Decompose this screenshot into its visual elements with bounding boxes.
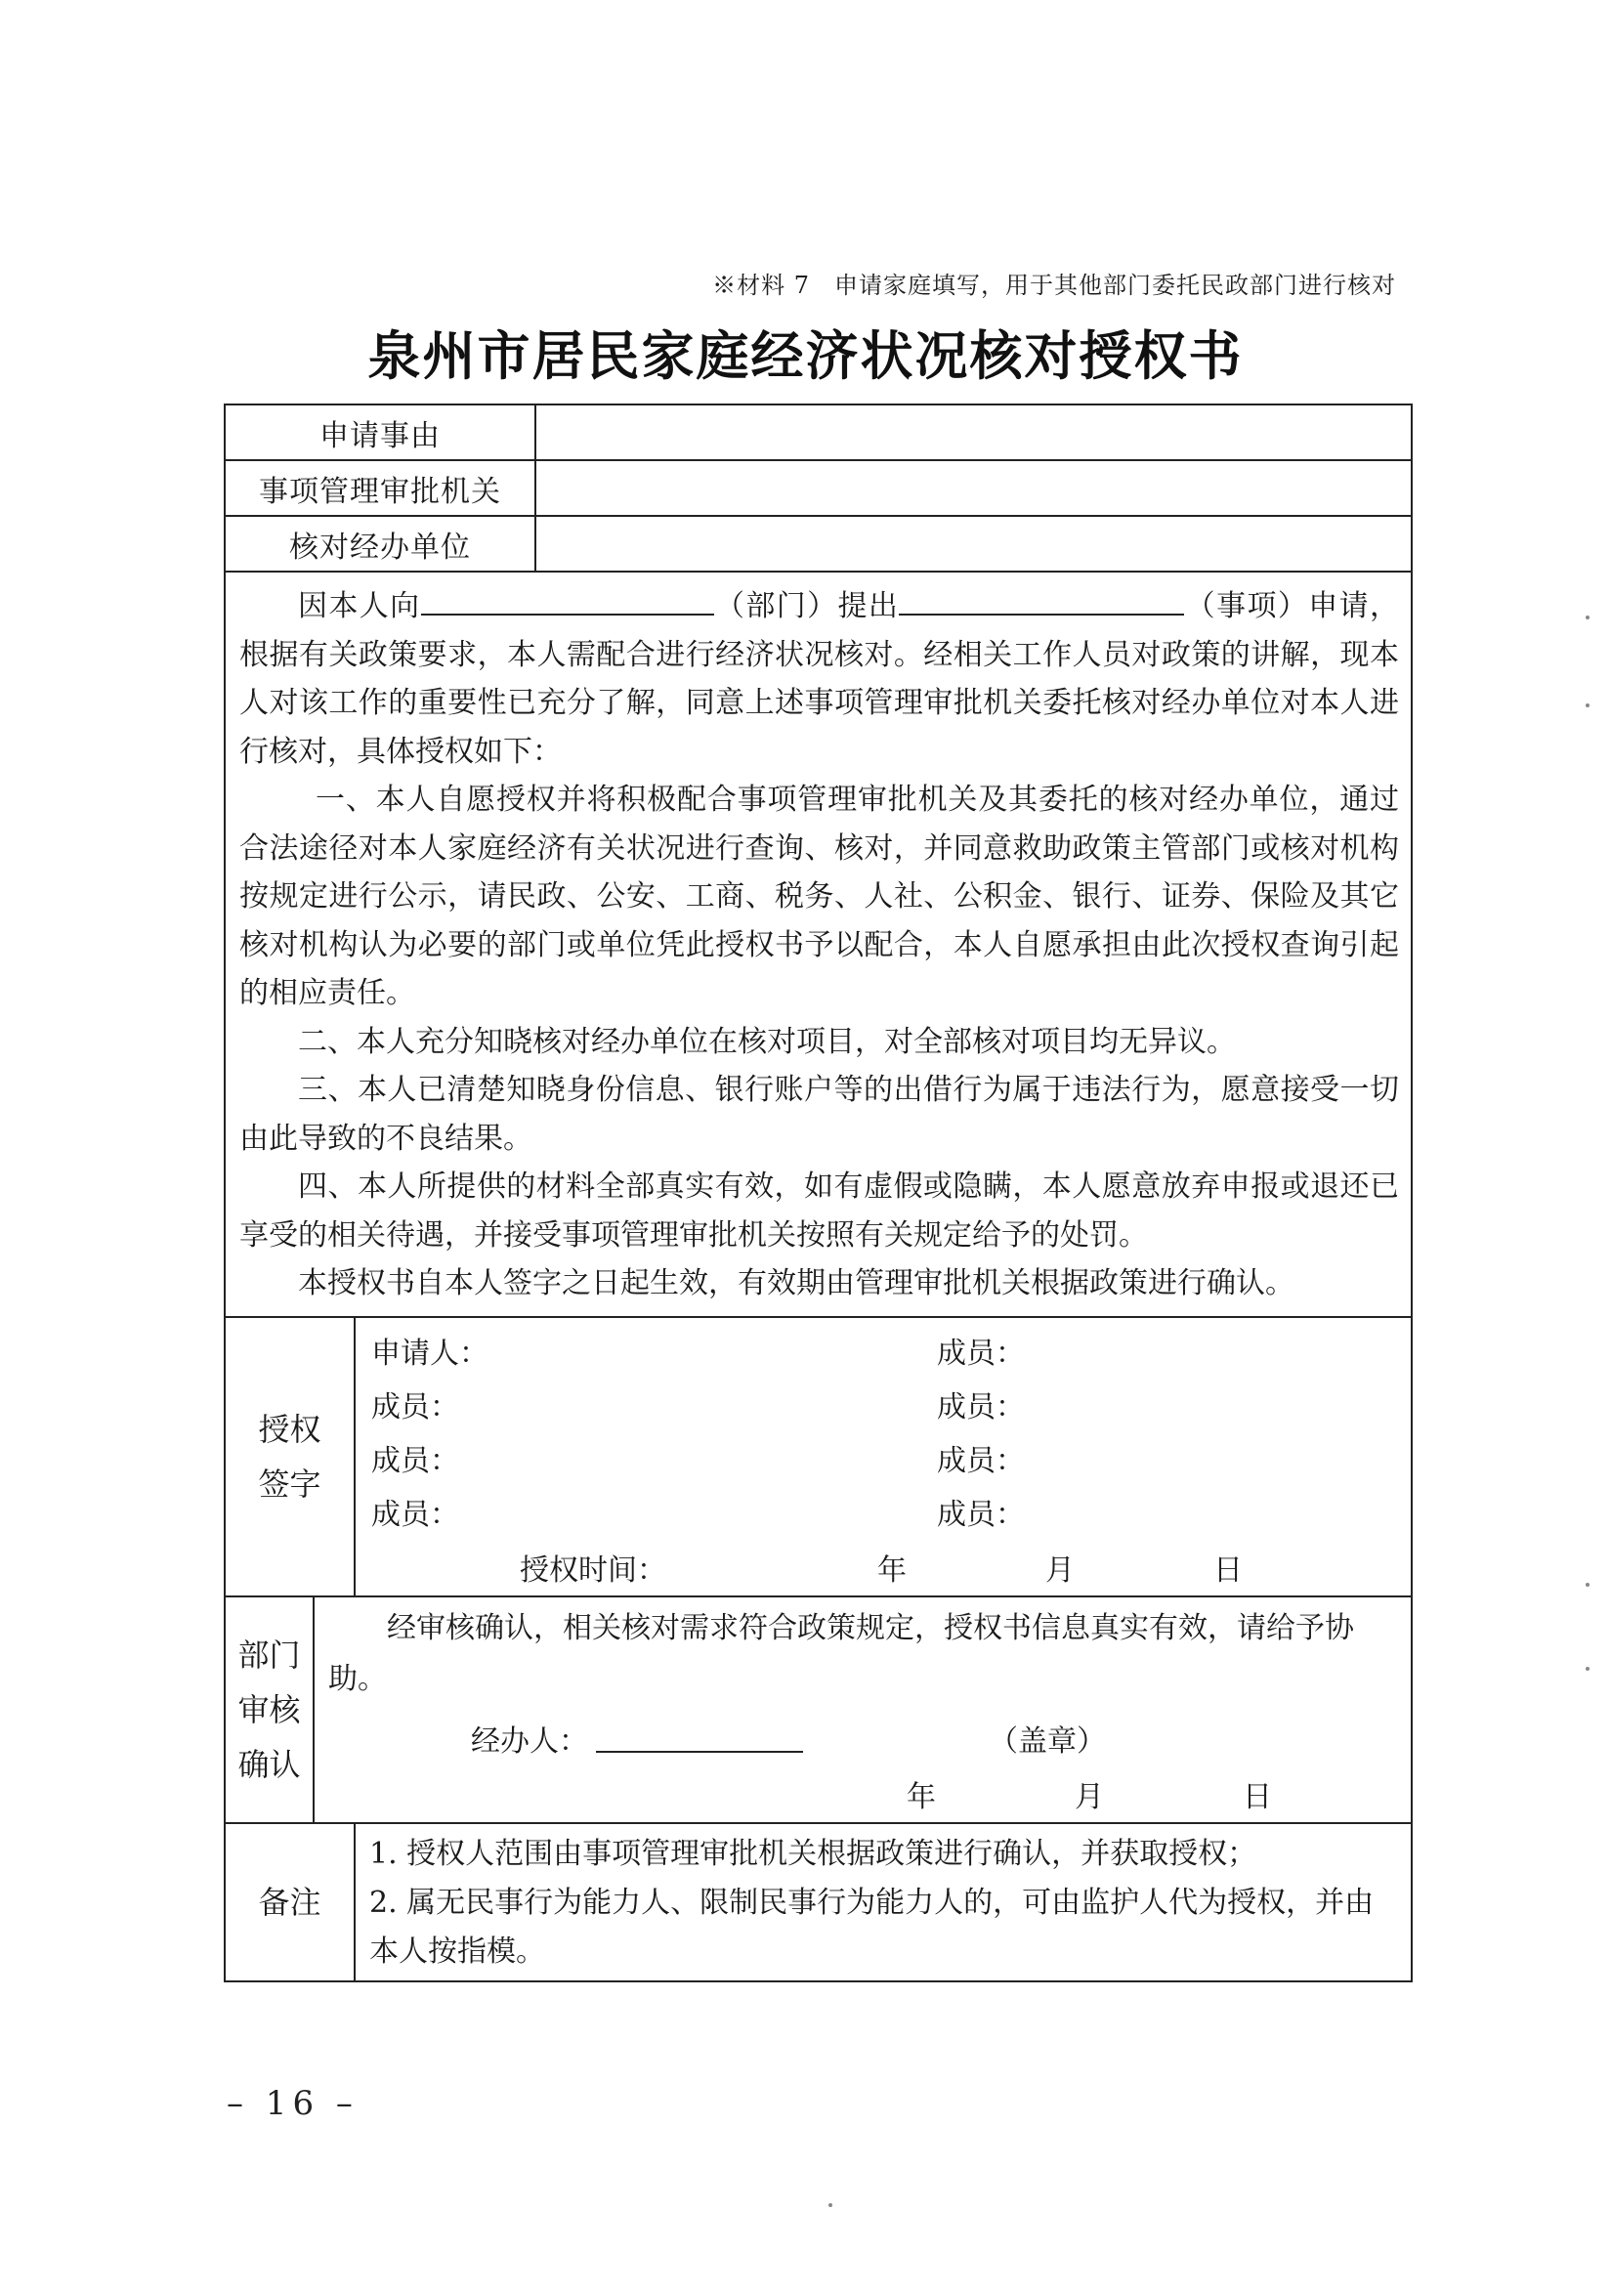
field-label: 核对经办单位	[226, 517, 536, 571]
signature-fields: 申请人： 成员： 成员： 成员： 成员： 成员： 成员： 成员： 授权时间： 年…	[356, 1318, 1411, 1595]
year-field[interactable]: 年	[907, 1772, 1075, 1815]
authorization-date: 授权时间： 年 月 日	[356, 1539, 1411, 1595]
handler-row: 经办人： （盖章）	[315, 1711, 1411, 1765]
validity-clause: 本授权书自本人签字之日起生效，有效期由管理审批机关根据政策进行确认。	[239, 1259, 1399, 1308]
scan-speck	[1586, 1583, 1590, 1587]
clause-1: 一、本人自愿授权并将积极配合事项管理审批机关及其委托的核对经办单位，通过合法途径…	[239, 776, 1399, 1018]
review-statement: 经审核确认，相关核对需求符合政策规定，授权书信息真实有效，请给予协助。	[328, 1603, 1399, 1705]
field-label: 申请事由	[226, 405, 536, 459]
remark-item: 2. 属无民事行为能力人、限制民事行为能力人的，可由监护人代为授权，并由本人按指…	[369, 1879, 1399, 1977]
side-label-line: 审核	[237, 1682, 300, 1737]
statement-intro: 因本人向（部门）提出（事项）申请，根据有关政策要求，本人需配合进行经济状况核对。…	[239, 582, 1399, 776]
applicant-signature[interactable]: 申请人：	[356, 1329, 937, 1372]
signature-row: 申请人： 成员：	[356, 1324, 1411, 1378]
scan-speck	[1586, 703, 1590, 707]
side-label-line: 部门	[237, 1628, 300, 1682]
signature-row: 成员： 成员：	[356, 1485, 1411, 1539]
side-label-line: 授权	[258, 1402, 320, 1457]
member-signature[interactable]: 成员：	[356, 1490, 937, 1533]
handler-signature-blank[interactable]	[596, 1723, 803, 1753]
month-field[interactable]: 月	[1075, 1772, 1243, 1815]
remarks-label: 备注	[226, 1824, 356, 1980]
clause-2: 二、本人充分知晓核对经办单位在核对项目，对全部核对项目均无异议。	[239, 1018, 1399, 1067]
member-signature[interactable]: 成员：	[937, 1490, 1411, 1533]
matter-blank[interactable]	[899, 586, 1184, 616]
side-label-line: 签字	[258, 1457, 320, 1511]
material-note: ※材料 7 申请家庭填写，用于其他部门委托民政部门进行核对	[712, 266, 1396, 300]
scan-speck	[1586, 616, 1590, 619]
signature-row: 成员： 成员：	[356, 1431, 1411, 1485]
member-signature[interactable]: 成员：	[356, 1382, 937, 1425]
day-field[interactable]: 日	[1243, 1772, 1411, 1815]
signature-section: 授权 签字 申请人： 成员： 成员： 成员： 成员： 成员： 成员： 成员： 授	[226, 1318, 1411, 1597]
department-blank[interactable]	[421, 586, 714, 616]
side-label-line: 确认	[237, 1737, 300, 1792]
member-signature[interactable]: 成员：	[937, 1329, 1411, 1372]
scan-speck	[1586, 1667, 1590, 1671]
intro-text-2: （部门）提出	[714, 589, 900, 623]
member-signature[interactable]: 成员：	[937, 1382, 1411, 1425]
signature-section-label: 授权 签字	[226, 1318, 356, 1595]
signature-row: 成员： 成员：	[356, 1378, 1411, 1431]
scan-speck	[828, 2203, 832, 2207]
remarks-content: 1. 授权人范围由事项管理审批机关根据政策进行确认，并获取授权； 2. 属无民事…	[356, 1824, 1411, 1980]
seal-label: （盖章）	[989, 1717, 1106, 1760]
form-row-application-reason: 申请事由	[226, 405, 1411, 461]
review-date: 年 月 日	[315, 1765, 1411, 1822]
review-section-label: 部门 审核 确认	[226, 1597, 315, 1822]
form-row-verification-unit: 核对经办单位	[226, 517, 1411, 573]
intro-text-1: 因本人向	[298, 589, 421, 623]
authorization-form: 申请事由 事项管理审批机关 核对经办单位 因本人向（部门）提出（事项）申请，根据…	[224, 404, 1413, 1982]
year-field[interactable]: 年	[877, 1546, 1045, 1589]
review-content: 经审核确认，相关核对需求符合政策规定，授权书信息真实有效，请给予协助。 经办人：…	[315, 1597, 1411, 1822]
day-field[interactable]: 日	[1213, 1546, 1243, 1589]
authorization-date-label: 授权时间：	[520, 1546, 877, 1589]
member-signature[interactable]: 成员：	[356, 1436, 937, 1479]
authorization-statement: 因本人向（部门）提出（事项）申请，根据有关政策要求，本人需配合进行经济状况核对。…	[226, 573, 1411, 1318]
month-field[interactable]: 月	[1045, 1546, 1213, 1589]
verification-unit-field[interactable]	[536, 517, 1411, 571]
intro-text-3: （事项）申请，	[1184, 589, 1399, 623]
page-title: 泉州市居民家庭经济状况核对授权书	[0, 315, 1611, 390]
clause-3: 三、本人已清楚知晓身份信息、银行账户等的出借行为属于违法行为，愿意接受一切由此导…	[239, 1066, 1399, 1163]
remark-item: 1. 授权人范围由事项管理审批机关根据政策进行确认，并获取授权；	[369, 1830, 1399, 1879]
department-review-section: 部门 审核 确认 经审核确认，相关核对需求符合政策规定，授权书信息真实有效，请给…	[226, 1597, 1411, 1824]
application-reason-field[interactable]	[536, 405, 1411, 459]
page-number: – 16 –	[227, 2084, 359, 2123]
member-signature[interactable]: 成员：	[937, 1436, 1411, 1479]
field-label: 事项管理审批机关	[226, 461, 536, 515]
clause-4: 四、本人所提供的材料全部真实有效，如有虚假或隐瞒，本人愿意放弃申报或退还已享受的…	[239, 1163, 1399, 1259]
form-row-approval-authority: 事项管理审批机关	[226, 461, 1411, 517]
handler-label: 经办人：	[471, 1717, 588, 1760]
intro-text-rest: 根据有关政策要求，本人需配合进行经济状况核对。经相关工作人员对政策的讲解，现本人…	[239, 638, 1399, 769]
remarks-section: 备注 1. 授权人范围由事项管理审批机关根据政策进行确认，并获取授权； 2. 属…	[226, 1824, 1411, 1980]
approval-authority-field[interactable]	[536, 461, 1411, 515]
